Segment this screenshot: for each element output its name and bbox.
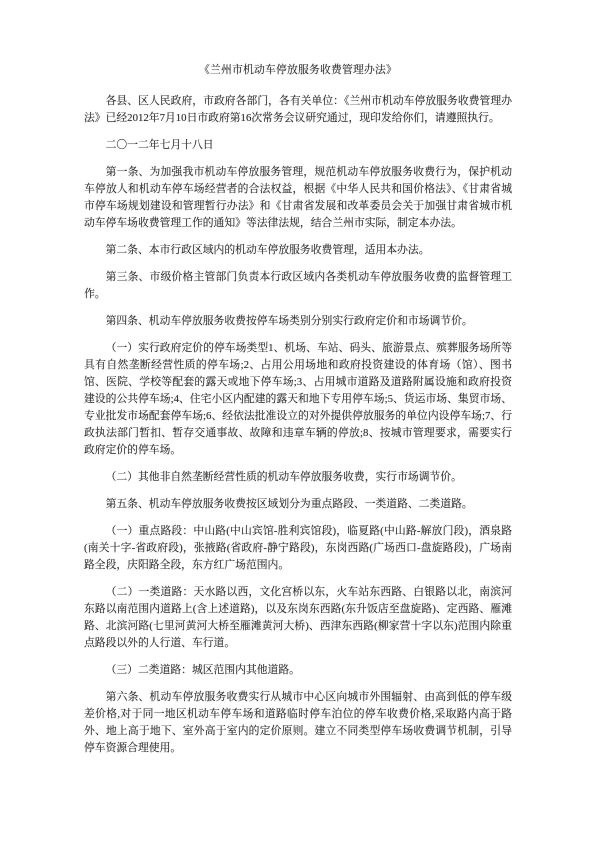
article-5-item-2: （二）一类道路：天水路以西，文化宫桥以东，火车站东西路、白银路以北，南滨河东路以… [84,584,512,652]
article-5-item-1: （一）重点路段：中山路(中山宾馆-胜利宾馆段)，临夏路(中山路-解放门段)，酒泉… [84,523,512,574]
document-title: 《兰州市机动车停放服务收费管理办法》 [84,62,512,79]
article-5: 第五条、机动车停放服务收费按区域划分为重点路段、一类道路、二类道路。 [84,496,512,513]
article-1: 第一条、为加强我市机动车停放服务管理，规范机动车停放服务收费行为，保护机动车停放… [84,164,512,232]
article-4-item-2: （二）其他非自然垄断经营性质的机动车停放服务收费，实行市场调节价。 [84,469,512,486]
article-4-item-1: （一）实行政府定价的停车场类型1、机场、车站、码头、旅游景点、殡葬服务场所等具有… [84,340,512,459]
article-3: 第三条、市级价格主管部门负责本行政区域内各类机动车停放服务收费的监督管理工作。 [84,269,512,303]
article-2: 第二条、本市行政区域内的机动车停放服务收费管理，适用本办法。 [84,242,512,259]
document-body: 各县、区人民政府，市政府各部门，各有关单位：《兰州市机动车停放服务收费管理办法》… [84,93,512,757]
article-5-item-3: （三）二类道路：城区范围内其他道路。 [84,662,512,679]
article-6: 第六条、机动车停放服务收费实行从城市中心区向城市外围辐射、由高到低的停车级差价格… [84,689,512,757]
article-4: 第四条、机动车停放服务收费按停车场类别分别实行政府定价和市场调节价。 [84,313,512,330]
document-page: 《兰州市机动车停放服务收费管理办法》 各县、区人民政府，市政府各部门，各有关单位… [0,0,595,842]
issue-date: 二〇一二年七月十八日 [84,137,512,154]
notice-paragraph: 各县、区人民政府，市政府各部门，各有关单位：《兰州市机动车停放服务收费管理办法》… [84,93,512,127]
